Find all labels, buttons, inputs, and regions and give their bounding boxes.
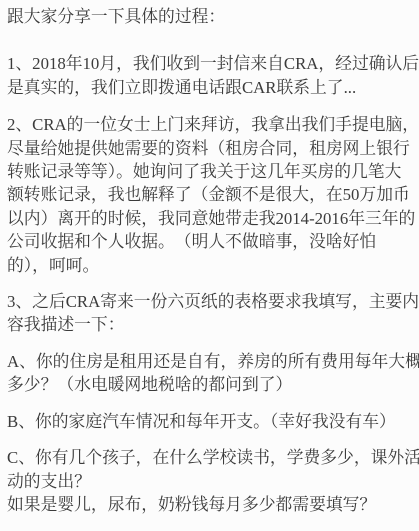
text-line: 动的支出？ <box>7 470 417 493</box>
text-line: 3、之后CRA寄来一份六页纸的表格要求我填写，主要内 <box>7 290 417 313</box>
text-line: 额转账记录，我也解释了（金额不是很大，在50万加币 <box>7 183 417 206</box>
text-line: 转账记录等等）。她询问了我关于这几年买房的几笔大 <box>7 160 417 183</box>
text-line: 2、CRA的一位女士上门来拜访，我拿出我们手提电脑， <box>7 113 417 136</box>
paragraph-step-2: 2、CRA的一位女士上门来拜访，我拿出我们手提电脑， 尽量给她提供她需要的资料（… <box>7 113 417 277</box>
paragraph-question-b: B、你的家庭汽车情况和每年开支。（幸好我没有车） <box>7 410 417 433</box>
text-line: 公司收据和个人收据。 （明人不做暗事，没啥好怕 <box>7 230 417 253</box>
text-line: C、你有几个孩子，在什么学校读书，学费多少，课外活 <box>7 446 417 469</box>
text-line: 尽量给她提供她需要的资料（租房合同，租房网上银行 <box>7 137 417 160</box>
text-line: 的），呵呵。 <box>7 254 417 277</box>
text-line: B、你的家庭汽车情况和每年开支。（幸好我没有车） <box>7 410 417 433</box>
paragraph-question-a: A、你的住房是租用还是自有，养房的所有费用每年大概 多少？（水电暖网地税啥的都问… <box>7 350 417 397</box>
paragraph-intro: 跟大家分享一下具体的过程： <box>7 5 417 28</box>
paragraph-step-3: 3、之后CRA寄来一份六页纸的表格要求我填写，主要内 容我描述一下： <box>7 290 417 337</box>
text-line: A、你的住房是租用还是自有，养房的所有费用每年大概 <box>7 350 417 373</box>
text-line: 如果是婴儿，尿布，奶粉钱每月多少都需要填写？ <box>7 493 417 516</box>
text-line: 跟大家分享一下具体的过程： <box>7 5 417 28</box>
post-body: 跟大家分享一下具体的过程： 1、2018年10月，我们收到一封信来自CRA，经过… <box>0 0 419 516</box>
text-line: 是真实的，我们立即拨通电话跟CAR联系上了... <box>7 76 417 99</box>
text-line: 以内）离开的时候，我同意她带走我2014-2016年三年的 <box>7 207 417 230</box>
text-line: 容我描述一下： <box>7 313 417 336</box>
paragraph-question-c: C、你有几个孩子，在什么学校读书，学费多少，课外活 动的支出？ 如果是婴儿，尿布… <box>7 446 417 516</box>
text-line: 多少？（水电暖网地税啥的都问到了） <box>7 373 417 396</box>
text-line: 1、2018年10月，我们收到一封信来自CRA，经过确认后 <box>7 52 417 75</box>
paragraph-step-1: 1、2018年10月，我们收到一封信来自CRA，经过确认后 是真实的，我们立即拨… <box>7 52 417 99</box>
